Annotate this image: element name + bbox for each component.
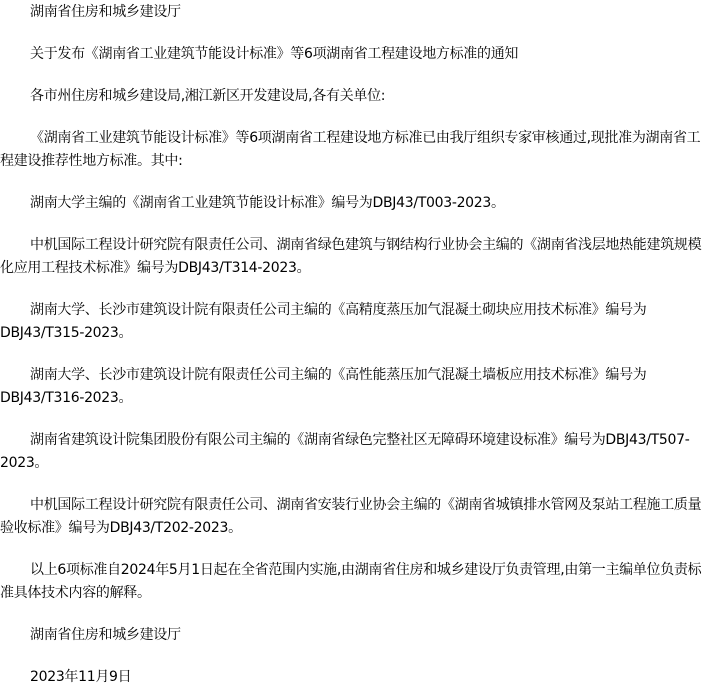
salutation: 各市州住房和城乡建设局,湘江新区开发建设局,各有关单位: (0, 85, 708, 108)
issue-date: 2023年11月9日 (0, 666, 708, 685)
standard-item: 湖南大学、长沙市建筑设计院有限责任公司主编的《高性能蒸压加气混凝土墙板应用技术标… (0, 364, 708, 410)
notice-document: 湖南省住房和城乡建设厅 关于发布《湖南省工业建筑节能设计标准》等6项湖南省工程建… (0, 0, 712, 685)
standard-item: 湖南省建筑设计院集团股份有限公司主编的《湖南省绿色完整社区无障碍环境建设标准》编… (0, 429, 708, 475)
header-organization: 湖南省住房和城乡建设厅 (0, 0, 708, 24)
standard-item: 中机国际工程设计研究院有限责任公司、湖南省安装行业协会主编的《湖南省城镇排水管网… (0, 494, 708, 540)
intro-paragraph: 《湖南省工业建筑节能设计标准》等6项湖南省工程建设地方标准已由我厅组织专家审核通… (0, 127, 708, 173)
implementation-paragraph: 以上6项标准自2024年5月1日起在全省范围内实施,由湖南省住房和城乡建设厅负责… (0, 559, 708, 605)
signature: 湖南省住房和城乡建设厅 (0, 624, 708, 647)
standard-item: 湖南大学主编的《湖南省工业建筑节能设计标准》编号为DBJ43/T003-2023… (0, 192, 708, 215)
standard-item: 中机国际工程设计研究院有限责任公司、湖南省绿色建筑与钢结构行业协会主编的《湖南省… (0, 234, 708, 280)
standard-item: 湖南大学、长沙市建筑设计院有限责任公司主编的《高精度蒸压加气混凝土砌块应用技术标… (0, 299, 708, 345)
notice-title: 关于发布《湖南省工业建筑节能设计标准》等6项湖南省工程建设地方标准的通知 (0, 43, 708, 66)
